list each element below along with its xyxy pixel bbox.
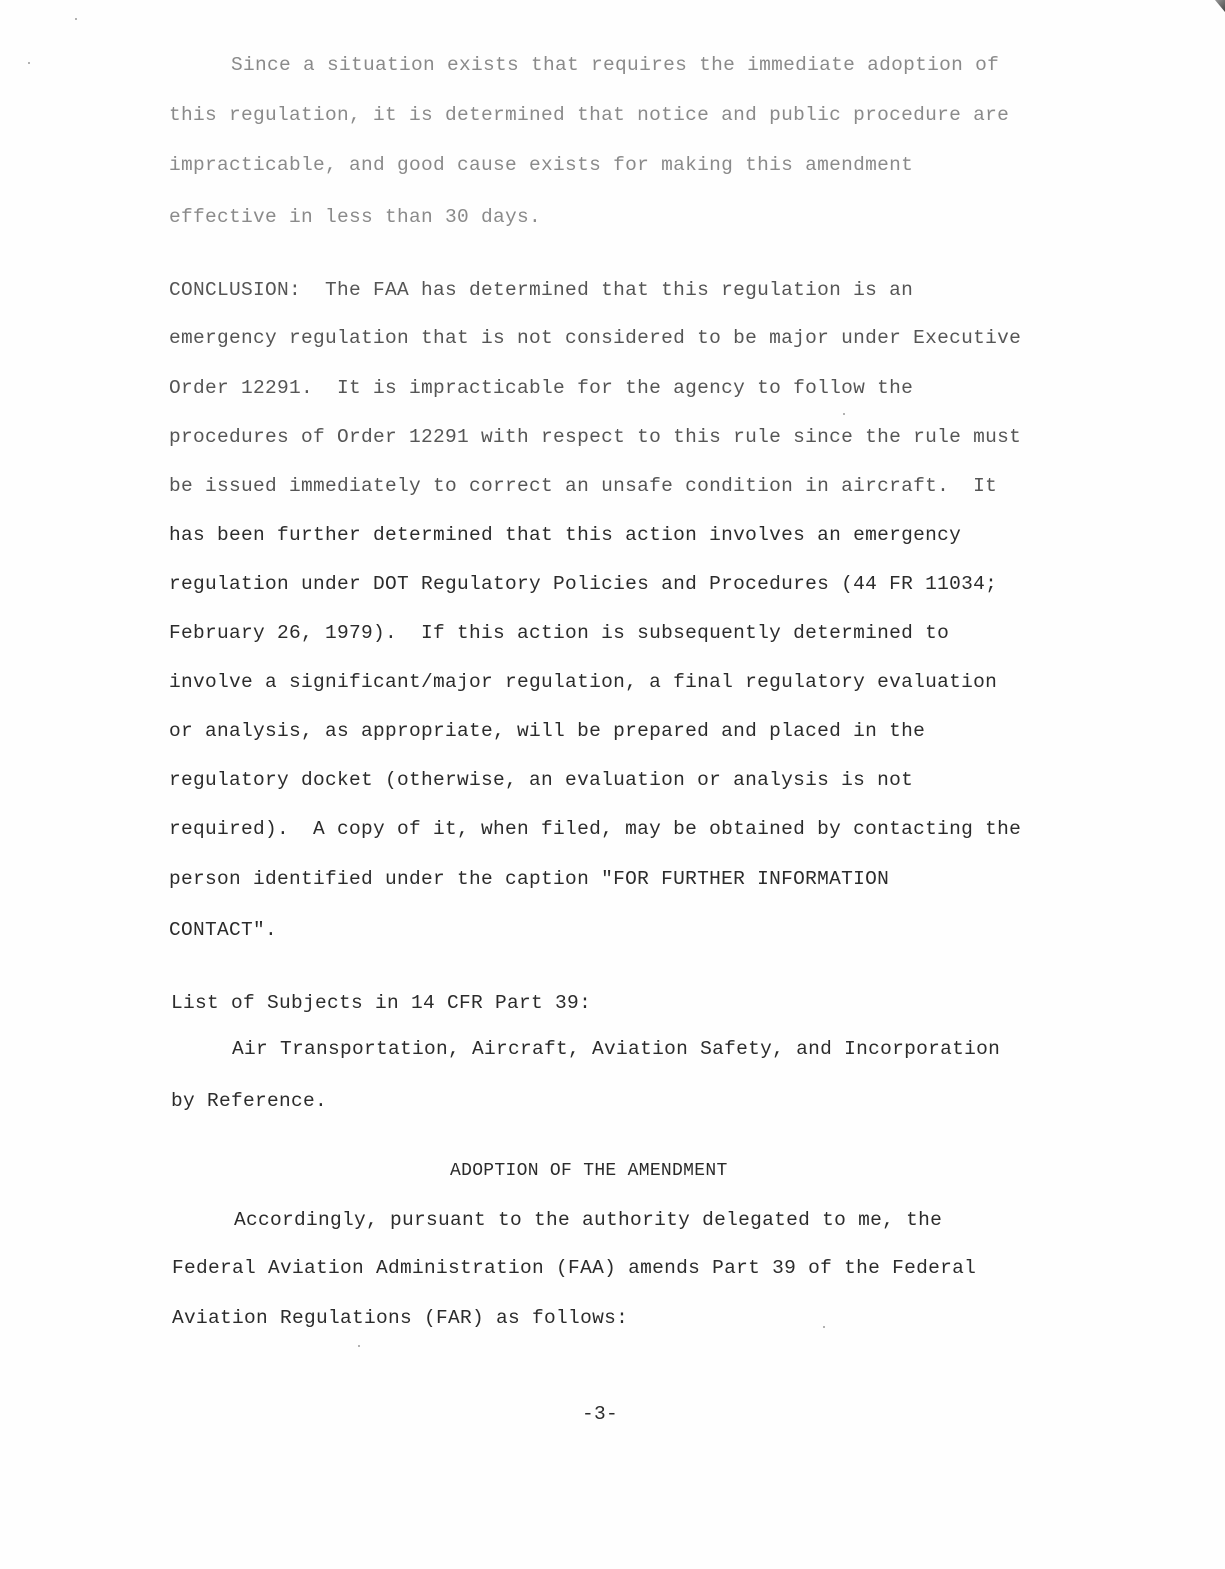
text-line: impracticable, and good cause exists for… [169, 156, 913, 176]
text-line: regulatory docket (otherwise, an evaluat… [169, 771, 913, 791]
text-line: required). A copy of it, when filed, may… [169, 820, 1021, 840]
text-line: procedures of Order 12291 with respect t… [169, 428, 1021, 448]
text-line: Aviation Regulations (FAR) as follows: [172, 1309, 628, 1329]
text-line: has been further determined that this ac… [169, 526, 961, 546]
text-line: Order 12291. It is impracticable for the… [169, 379, 913, 399]
text-line: this regulation, it is determined that n… [169, 106, 1009, 126]
list-of-subjects-heading: List of Subjects in 14 CFR Part 39: [171, 994, 591, 1014]
scan-speck [358, 1345, 360, 1347]
text-line: Air Transportation, Aircraft, Aviation S… [232, 1040, 1000, 1060]
text-line: February 26, 1979). If this action is su… [169, 624, 949, 644]
text-line: or analysis, as appropriate, will be pre… [169, 722, 925, 742]
text-line: Federal Aviation Administration (FAA) am… [172, 1259, 976, 1279]
scan-speck [823, 1326, 825, 1328]
adoption-heading: ADOPTION OF THE AMENDMENT [450, 1162, 728, 1180]
text-line: Since a situation exists that requires t… [231, 56, 999, 76]
text-line: CONTACT". [169, 921, 277, 941]
text-line: regulation under DOT Regulatory Policies… [169, 575, 997, 595]
document-page: Since a situation exists that requires t… [0, 0, 1225, 1569]
text-line: be issued immediately to correct an unsa… [169, 477, 997, 497]
text-line: emergency regulation that is not conside… [169, 329, 1021, 349]
text-line: effective in less than 30 days. [169, 208, 541, 228]
page-corner-mark [1215, 0, 1225, 12]
text-line: person identified under the caption "FOR… [169, 870, 889, 890]
text-line: by Reference. [171, 1092, 327, 1112]
scan-speck [843, 413, 845, 415]
text-line: CONCLUSION: The FAA has determined that … [169, 281, 913, 301]
page-number: -3- [582, 1405, 618, 1425]
scan-speck [28, 62, 30, 64]
text-line: Accordingly, pursuant to the authority d… [234, 1211, 942, 1231]
scan-speck [75, 18, 77, 20]
text-line: involve a significant/major regulation, … [169, 673, 997, 693]
